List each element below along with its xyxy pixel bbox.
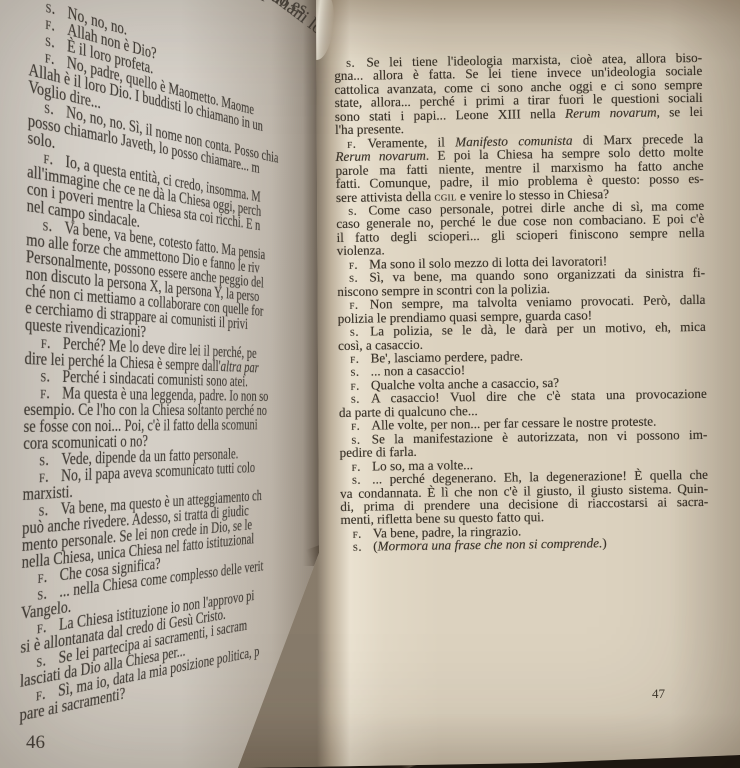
- speaker-label: s.: [352, 472, 361, 487]
- text-line: s.(Mormora una frase che non si comprend…: [341, 535, 709, 554]
- open-book-photo: s.No, no, no.f.Allah non è Dio?s.È il lo…: [0, 0, 740, 768]
- speaker-label: s.: [353, 539, 362, 554]
- speaker-label: s.: [350, 324, 359, 339]
- right-page-text: s.Se lei tiene l'ideologia marxista, cio…: [334, 51, 709, 554]
- left-page-number: 46: [26, 732, 45, 754]
- left-page-text: s.No, no, no.f.Allah non è Dio?s.È il lo…: [19, 0, 336, 724]
- right-page-number: 47: [652, 686, 665, 702]
- left-page-warp: s.No, no, no.f.Allah non è Dio?s.È il lo…: [19, 0, 336, 738]
